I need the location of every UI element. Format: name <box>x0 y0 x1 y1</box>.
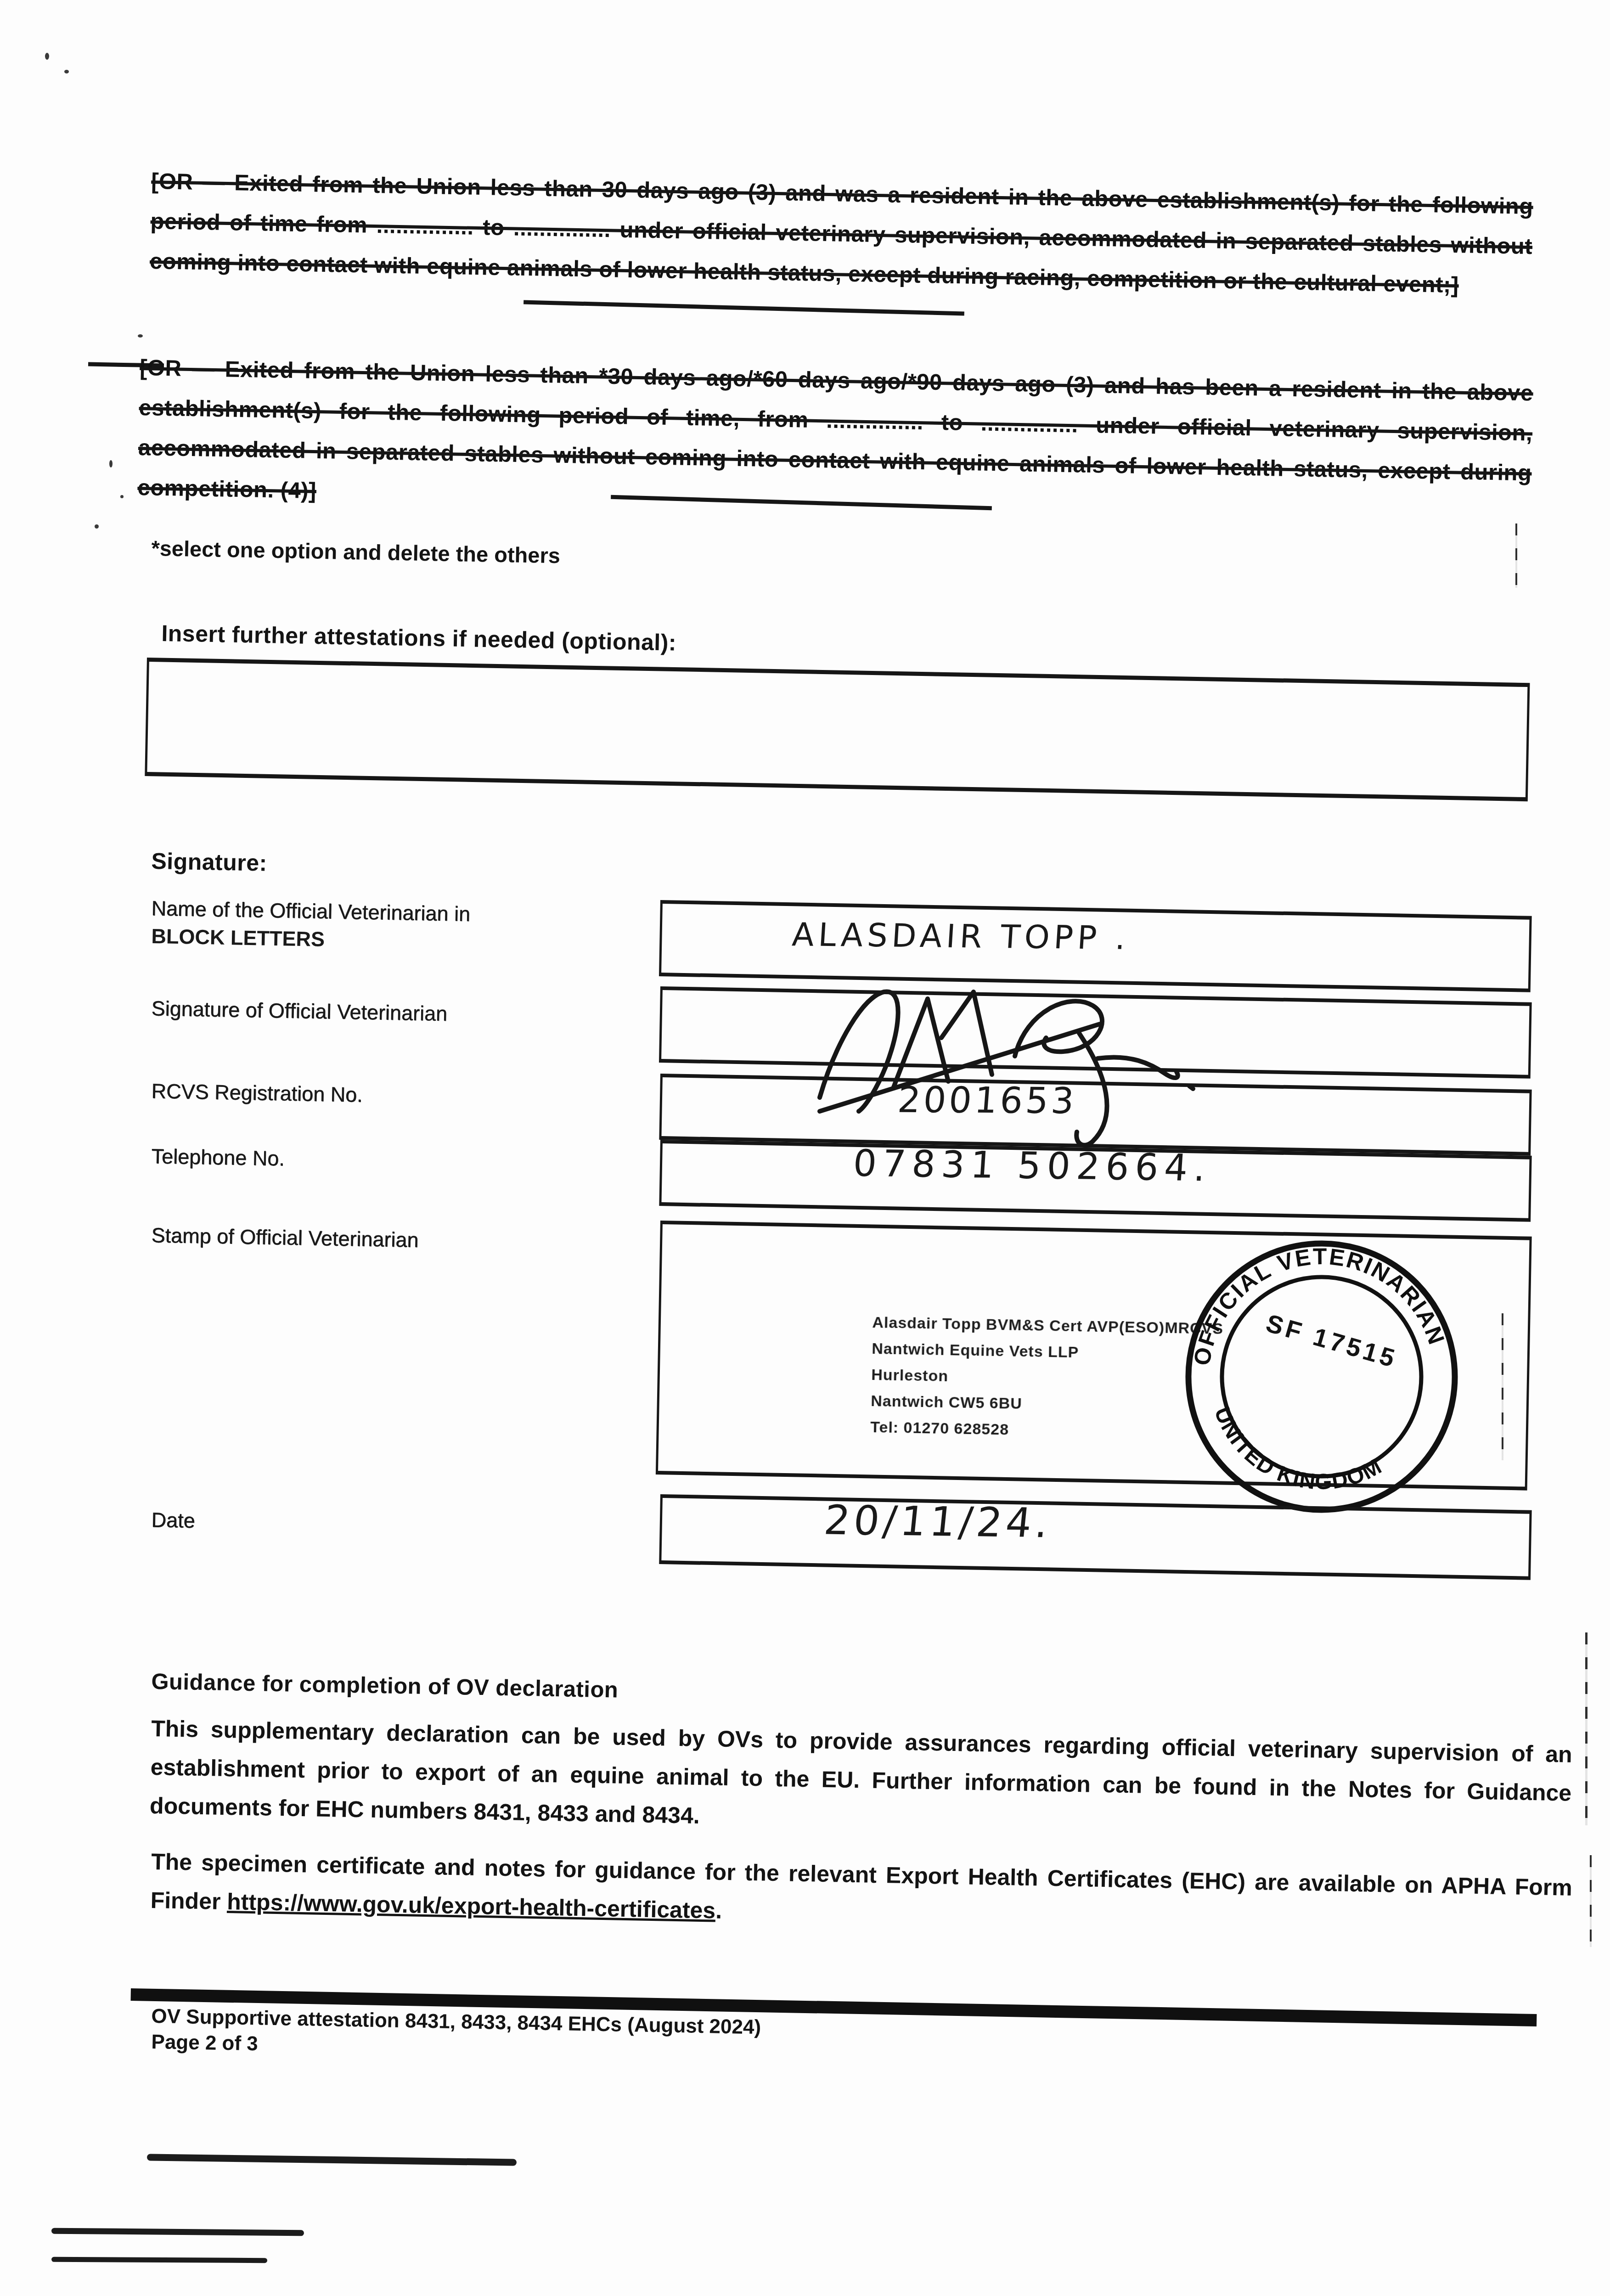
rcvs-label: RCVS Registration No. <box>151 1079 363 1107</box>
signature-heading: Signature: <box>151 848 267 877</box>
scan-speck <box>45 53 49 60</box>
guidance-heading: Guidance for completion of OV declaratio… <box>151 1669 619 1703</box>
date-label: Date <box>151 1508 195 1533</box>
scan-smudge <box>51 2228 304 2236</box>
scan-smudge <box>147 2154 517 2166</box>
scan-smudge <box>51 2257 267 2263</box>
scanned-document-page: [OR — Exited from the Union less than 30… <box>0 0 1610 2296</box>
guidance-paragraph-2-period: . <box>715 1898 722 1924</box>
scan-speck <box>120 495 124 498</box>
name-label-line1: Name of the Official Veterinarian in <box>151 896 470 926</box>
name-label-line2: BLOCK LETTERS <box>151 924 325 951</box>
scan-streak <box>1502 1313 1503 1460</box>
rcvs-handwritten-value: 2001653 <box>896 1080 1078 1122</box>
date-handwritten-value: 20/11/24. <box>822 1497 1054 1547</box>
scan-speck <box>138 334 143 338</box>
stamp-ring-bottom-text: UNITED KINGDOM <box>1195 1398 1394 1514</box>
guidance-paragraph-1: This supplementary declaration can be us… <box>149 1709 1572 1851</box>
select-option-note: *select one option and delete the others <box>151 535 560 568</box>
attestations-heading: Insert further attestations if needed (o… <box>161 620 677 656</box>
attestations-empty-box <box>145 658 1530 801</box>
telephone-handwritten-value: 07831 502664. <box>852 1142 1213 1190</box>
option1-paragraph-struck: [OR — Exited from the Union less than 30… <box>149 162 1533 307</box>
official-veterinarian-stamp: OFFICIAL VETERINARIAN UNITED KINGDOM SF … <box>1179 1234 1464 1519</box>
stamp-address-block: Alasdair Topp BVM&S Cert AVP(ESO)MRCVS N… <box>870 1310 1224 1447</box>
name-handwritten-value: ALASDAIR TOPP . <box>791 916 1131 957</box>
export-health-certificates-link[interactable]: https://www.gov.uk/export-health-certifi… <box>227 1889 716 1923</box>
signature-label: Signature of Official Veterinarian <box>151 996 447 1026</box>
stamp-center-code: SF 17515 <box>1263 1309 1401 1373</box>
scan-speck <box>64 70 69 73</box>
scan-speck <box>109 460 113 467</box>
scan-streak <box>1515 523 1517 588</box>
scan-speck <box>95 524 99 529</box>
scan-streak <box>1585 1632 1587 1825</box>
strike-tail-line <box>524 300 964 315</box>
scan-streak <box>1590 1855 1592 1947</box>
telephone-label: Telephone No. <box>151 1144 285 1171</box>
footer-page-number: Page 2 of 3 <box>151 2031 258 2055</box>
guidance-paragraph-2: The specimen certificate and notes for g… <box>150 1842 1573 1946</box>
stamp-label: Stamp of Official Veterinarian <box>151 1223 419 1252</box>
svg-text:UNITED KINGDOM: UNITED KINGDOM <box>1195 1398 1394 1514</box>
